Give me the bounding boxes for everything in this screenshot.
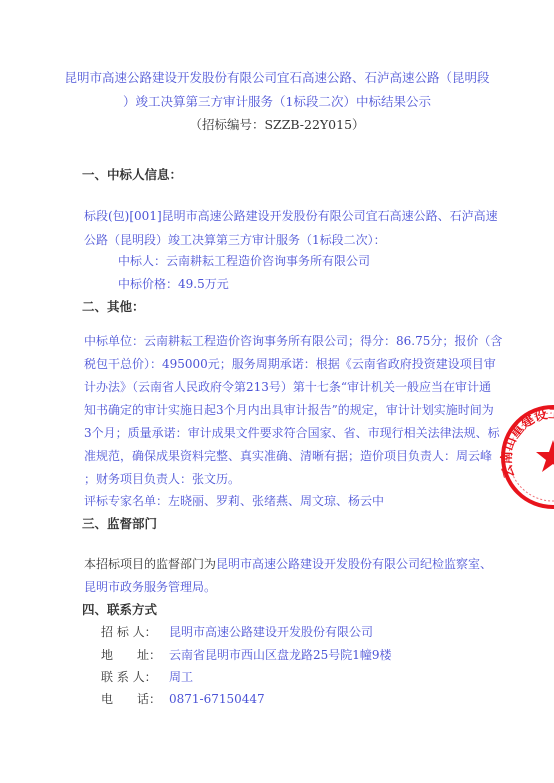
lot-description-line-2: 公路（昆明段）竣工决算第三方审计服务（1标段二次）： bbox=[84, 231, 386, 248]
contact-value-phone: 0871-67150447 bbox=[169, 692, 265, 706]
company-seal-stamp: 云南山重建设工程 bbox=[498, 402, 554, 512]
supervision-prefix: 本招标项目的监督部门为 bbox=[84, 557, 216, 571]
lot-description-line-1: 标段(包)[001]昆明市高速公路建设开发股份有限公司宜石高速公路、石泸高速 bbox=[84, 207, 498, 224]
contact-row-address: 地 址：云南省昆明市西山区盘龙路25号院1幢9楼 bbox=[101, 646, 392, 663]
contact-value-address: 云南省昆明市西山区盘龙路25号院1幢9楼 bbox=[169, 648, 392, 662]
supervision-dept-1: 昆明市高速公路建设开发股份有限公司纪检监察室、 bbox=[216, 557, 492, 571]
price-row: 中标价格：49.5万元 bbox=[118, 275, 229, 292]
other-line-2: 税包干总价）：495000元；服务周期承诺：根据《云南省政府投资建设项目审 bbox=[84, 355, 496, 372]
winner-row: 中标人：云南耕耘工程造价咨询事务所有限公司 bbox=[118, 252, 370, 269]
contact-label-person: 联 系 人： bbox=[101, 668, 169, 685]
contact-row-tenderer: 招 标 人：昆明市高速公路建设开发股份有限公司 bbox=[101, 623, 373, 640]
section-heading-supervision: 三、监督部门 bbox=[82, 514, 157, 532]
contact-label-address: 地 址： bbox=[101, 646, 169, 663]
other-line-6: 准规范，确保成果资料完整、真实准确、清晰有据；造价项目负责人：周云峰 bbox=[84, 447, 492, 464]
price-value: 49.5万元 bbox=[178, 277, 229, 291]
document-title-line-1: 昆明市高速公路建设开发股份有限公司宜石高速公路、石泸高速公路（昆明段 bbox=[40, 66, 514, 90]
experts-label: 评标专家名单： bbox=[84, 494, 168, 508]
experts-row: 评标专家名单：左晓丽、罗莉、张绪燕、周文琼、杨云中 bbox=[84, 492, 384, 509]
contact-row-person: 联 系 人：周工 bbox=[101, 668, 193, 685]
contact-row-phone: 电 话：0871-67150447 bbox=[101, 690, 265, 707]
other-line-3: 计办法》（云南省人民政府令第213号）第十七条“审计机关一般应当在审计通 bbox=[84, 378, 491, 395]
document-page: 昆明市高速公路建设开发股份有限公司宜石高速公路、石泸高速公路（昆明段 ）竣工决算… bbox=[0, 0, 554, 783]
section-heading-winner-info: 一、中标人信息： bbox=[82, 165, 182, 183]
seal-icon: 云南山重建设工程 bbox=[498, 402, 554, 512]
document-title-line-2: ）竣工决算第三方审计服务（1标段二次）中标结果公示 bbox=[40, 90, 514, 114]
other-line-7: ；财务项目负责人：张文历。 bbox=[84, 470, 240, 487]
supervision-line-1: 本招标项目的监督部门为昆明市高速公路建设开发股份有限公司纪检监察室、 bbox=[84, 555, 492, 572]
section-heading-other: 二、其他： bbox=[82, 297, 145, 315]
other-line-5: 3个月；质量承诺：审计成果文件要求符合国家、省、市现行相关法律法规、标 bbox=[84, 424, 500, 441]
contact-value-person: 周工 bbox=[169, 670, 193, 684]
winner-value: 云南耕耘工程造价咨询事务所有限公司 bbox=[166, 254, 370, 268]
contact-label-phone: 电 话： bbox=[101, 690, 169, 707]
other-line-1: 中标单位：云南耕耘工程造价咨询事务所有限公司；得分：86.75分；报价（含 bbox=[84, 332, 502, 349]
winner-label: 中标人： bbox=[118, 254, 166, 268]
contact-value-tenderer: 昆明市高速公路建设开发股份有限公司 bbox=[169, 625, 373, 639]
other-line-4: 知书确定的审计实施日起3个月内出具审计报告”的规定，审计计划实施时间为 bbox=[84, 401, 494, 418]
tender-number: （招标编号：SZZB-22Y015） bbox=[40, 113, 514, 137]
experts-value: 左晓丽、罗莉、张绪燕、周文琼、杨云中 bbox=[168, 494, 384, 508]
supervision-dept-2: 昆明市政务服务管理局。 bbox=[84, 578, 216, 595]
section-heading-contact: 四、联系方式 bbox=[82, 600, 157, 618]
contact-label-tenderer: 招 标 人： bbox=[101, 623, 169, 640]
price-label: 中标价格： bbox=[118, 277, 178, 291]
